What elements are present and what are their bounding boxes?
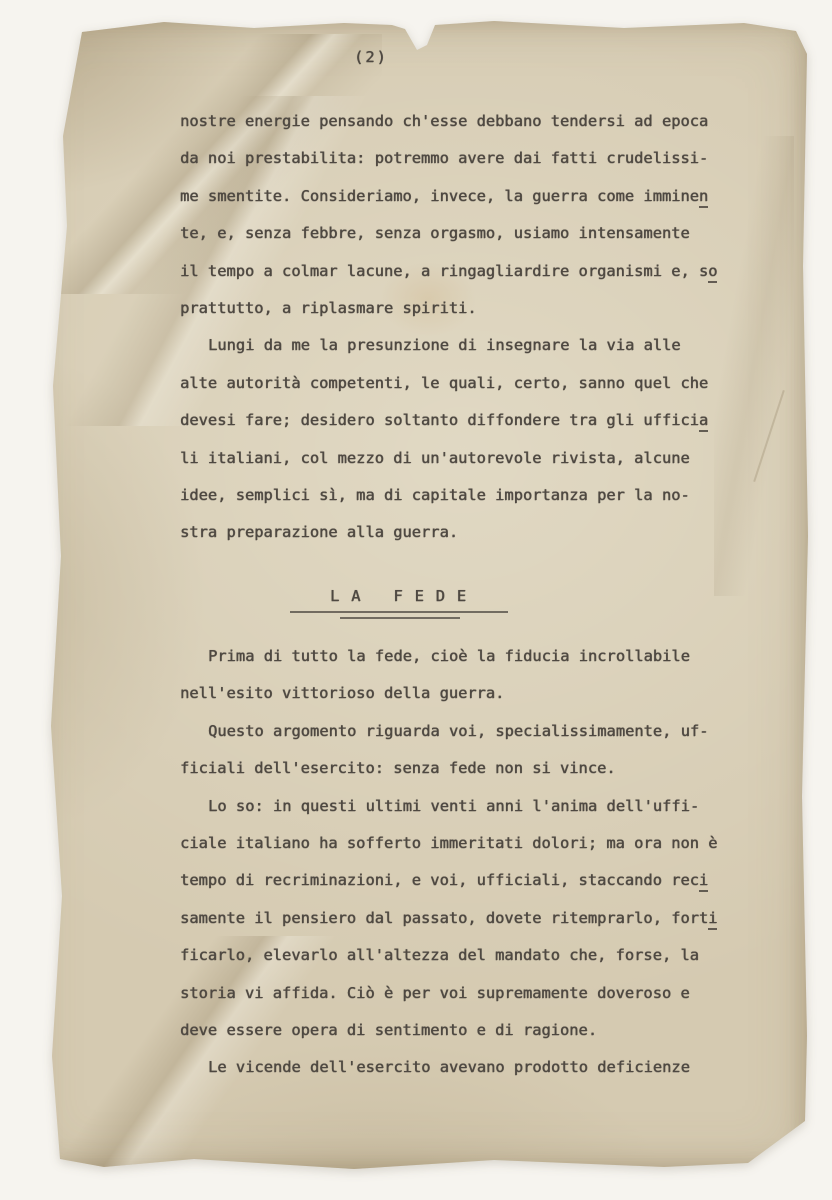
text-line: idee, semplici sì, ma di capitale import… (180, 477, 760, 514)
text-line: me smentite. Consideriamo, invece, la gu… (180, 178, 760, 215)
text-line: da noi prestabilita: potremmo avere dai … (180, 140, 760, 177)
continuation-underlined-letter: a (699, 411, 708, 432)
line-text: alte autorità competenti, le quali, cert… (180, 374, 708, 392)
line-text: idee, semplici sì, ma di capitale import… (180, 486, 690, 504)
line-text: Lungi da me la presunzione di insegnare … (208, 336, 681, 354)
text-line: Prima di tutto la fede, cioè la fiducia … (180, 638, 760, 675)
text-line: ficarlo, elevarlo all'altezza del mandat… (180, 937, 760, 974)
line-text: Lo so: in questi ultimi venti anni l'ani… (208, 797, 699, 815)
text-line: nostre energie pensando ch'esse debbano … (180, 103, 760, 140)
line-text: ficiali dell'esercito: senza fede non si… (180, 759, 616, 777)
line-text: Le vicende dell'esercito avevano prodott… (208, 1058, 690, 1076)
continuation-underlined-letter: n (699, 187, 708, 208)
scan-background: (2) nostre energie pensando ch'esse debb… (0, 0, 832, 1200)
line-text: samente il pensiero dal passato, dovete … (180, 909, 708, 927)
continuation-underlined-letter: o (708, 262, 717, 283)
text-line: il tempo a colmar lacune, a ringagliardi… (180, 253, 760, 290)
paper-surface: (2) nostre energie pensando ch'esse debb… (24, 16, 808, 1172)
body-text-top: nostre energie pensando ch'esse debbano … (180, 103, 760, 552)
line-text: te, e, senza febbre, senza orgasmo, usia… (180, 224, 690, 242)
text-line: ficiali dell'esercito: senza fede non si… (180, 750, 760, 787)
heading-underline-short (340, 617, 460, 619)
text-line: samente il pensiero dal passato, dovete … (180, 900, 760, 937)
section-heading-title: L A F E D E (330, 587, 467, 605)
line-text: ciale italiano ha sofferto immeritati do… (180, 834, 717, 852)
text-line: alte autorità competenti, le quali, cert… (180, 365, 760, 402)
heading-underline-long (290, 611, 508, 613)
line-text: nostre energie pensando ch'esse debbano … (180, 112, 708, 130)
line-text: stra preparazione alla guerra. (180, 523, 458, 541)
page-number: (2) (354, 48, 388, 66)
continuation-underlined-letter: i (699, 871, 708, 892)
line-text: il tempo a colmar lacune, a ringagliardi… (180, 262, 708, 280)
line-text: me smentite. Consideriamo, invece, la gu… (180, 187, 699, 205)
text-line: te, e, senza febbre, senza orgasmo, usia… (180, 215, 760, 252)
text-line: nell'esito vittorioso della guerra. (180, 675, 760, 712)
line-text: devesi fare; desidero soltanto diffonder… (180, 411, 699, 429)
text-line: stra preparazione alla guerra. (180, 514, 760, 551)
line-text: tempo di recriminazioni, e voi, ufficial… (180, 871, 699, 889)
paper-sheet: (2) nostre energie pensando ch'esse debb… (24, 16, 808, 1172)
text-line: ciale italiano ha sofferto immeritati do… (180, 825, 760, 862)
text-line: Questo argomento riguarda voi, specialis… (180, 713, 760, 750)
text-line: prattutto, a riplasmare spiriti. (180, 290, 760, 327)
body-text-bottom: Prima di tutto la fede, cioè la fiducia … (180, 638, 760, 1087)
text-line: li italiani, col mezzo di un'autorevole … (180, 440, 760, 477)
line-text: nell'esito vittorioso della guerra. (180, 684, 504, 702)
line-text: ficarlo, elevarlo all'altezza del mandat… (180, 946, 699, 964)
text-line: deve essere opera di sentimento e di rag… (180, 1012, 760, 1049)
section-heading: L A F E D E (290, 587, 508, 623)
line-text: deve essere opera di sentimento e di rag… (180, 1021, 597, 1039)
line-text: Prima di tutto la fede, cioè la fiducia … (208, 647, 690, 665)
line-text: prattutto, a riplasmare spiriti. (180, 299, 477, 317)
text-line: tempo di recriminazioni, e voi, ufficial… (180, 862, 760, 899)
text-line: storia vi affida. Ciò è per voi supremam… (180, 975, 760, 1012)
line-text: storia vi affida. Ciò è per voi supremam… (180, 984, 690, 1002)
line-text: Questo argomento riguarda voi, specialis… (208, 722, 708, 740)
continuation-underlined-letter: i (708, 909, 717, 930)
text-line: Lo so: in questi ultimi venti anni l'ani… (180, 788, 760, 825)
line-text: da noi prestabilita: potremmo avere dai … (180, 149, 708, 167)
text-line: Lungi da me la presunzione di insegnare … (180, 327, 760, 364)
text-line: Le vicende dell'esercito avevano prodott… (180, 1049, 760, 1086)
line-text: li italiani, col mezzo di un'autorevole … (180, 449, 690, 467)
text-line: devesi fare; desidero soltanto diffonder… (180, 402, 760, 439)
